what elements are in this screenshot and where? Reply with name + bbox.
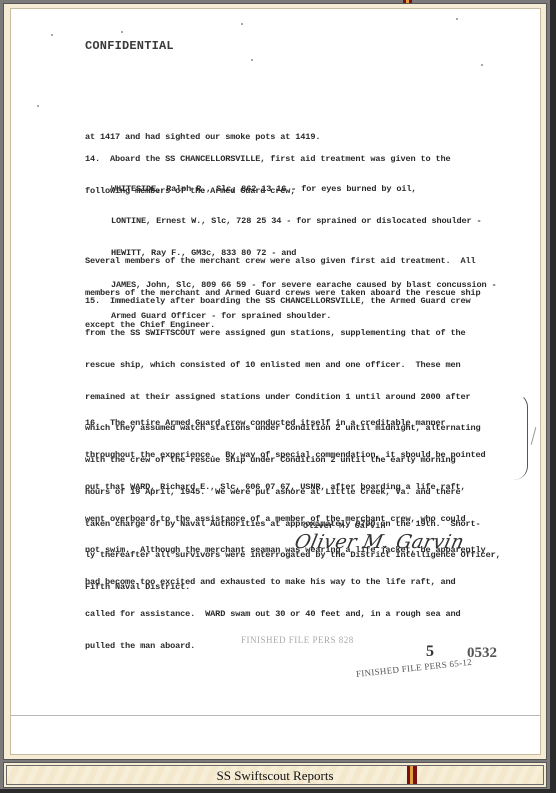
text-line: throughout the experience. By way of spe… bbox=[85, 450, 486, 461]
text-line: from the SS SWIFTSCOUT were assigned gun… bbox=[85, 328, 501, 339]
document-page: CONFIDENTIAL at 1417 and had sighted our… bbox=[10, 8, 541, 755]
footer-title[interactable]: SS Swiftscout Reports bbox=[7, 768, 543, 784]
text-line: 16. The entire Armed Guard crew conducte… bbox=[85, 418, 486, 429]
file-stamp-faint: FINISHED FILE PERS 828 bbox=[241, 635, 354, 645]
stamp-number: 5 bbox=[426, 643, 434, 661]
crew-entry: WHITESIDE, Ralph R., Slc, 862 13 16 - fo… bbox=[111, 184, 497, 195]
text-line: Several members of the merchant crew wer… bbox=[85, 256, 481, 267]
text-line: called for assistance. WARD swam out 30 … bbox=[85, 609, 486, 620]
text-line: 15. Immediately after boarding the SS CH… bbox=[85, 296, 501, 307]
handwritten-bracket bbox=[509, 393, 528, 480]
confidential-header: CONFIDENTIAL bbox=[85, 39, 174, 53]
text-line: rescue ship, which consisted of 10 enlis… bbox=[85, 360, 501, 371]
text-line: went overboard to the assistance of a me… bbox=[85, 514, 486, 525]
bookmark-marker-bottom bbox=[407, 766, 417, 784]
footer-inner: SS Swiftscout Reports bbox=[6, 765, 544, 785]
footer-bar: SS Swiftscout Reports bbox=[3, 762, 547, 788]
crew-entry: LONTINE, Ernest W., Slc, 728 25 34 - for… bbox=[111, 216, 497, 227]
signer-name: Oliver M. Garvin bbox=[303, 521, 386, 531]
text-line: had become too excited and exhausted to … bbox=[85, 577, 486, 588]
signature: Oliver M. Garvin bbox=[293, 531, 467, 553]
document-frame: CONFIDENTIAL at 1417 and had sighted our… bbox=[3, 3, 547, 760]
handwritten-mark bbox=[531, 427, 537, 445]
text-line: out that WARD, Richard E., Slc, 606 07 6… bbox=[85, 482, 486, 493]
